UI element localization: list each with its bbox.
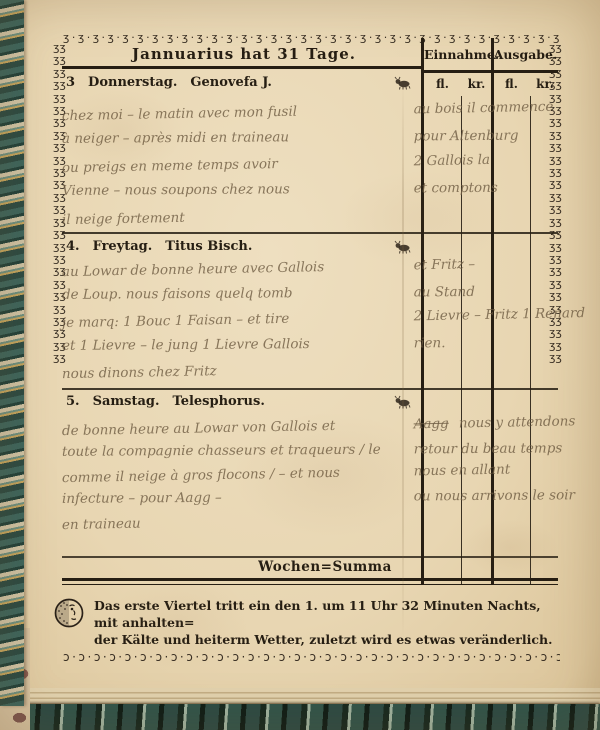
day-number: 4. [66, 239, 80, 254]
header-rule-columns [421, 70, 558, 73]
day-number: 3 [66, 75, 75, 90]
week-sum-label: Wochen=Summa [205, 559, 445, 575]
day-saint: Genovefa J. [190, 75, 272, 90]
ornament-border-bottom: ɔ·ɔ·ɔ·ɔ·ɔ·ɔ·ɔ·ɔ·ɔ·ɔ·ɔ·ɔ·ɔ·ɔ·ɔ·ɔ·ɔ·ɔ·ɔ·ɔ·… [63, 650, 560, 666]
handwritten-entry-day-5: de bonne heure au Lowar von Gallois etAa… [62, 418, 596, 536]
moon-phase-note: Das erste Viertel tritt ein den 1. um 11… [94, 597, 564, 648]
marbled-book-edge-left [0, 0, 24, 706]
income-florin-header: fl. [425, 77, 460, 91]
first-quarter-moon-icon [52, 596, 86, 630]
day-number: 5. [66, 394, 80, 409]
expense-florin-header: fl. [494, 77, 529, 91]
moon-phase-note-line-1: Das erste Viertel tritt ein den 1. um 11… [94, 597, 564, 631]
day-header-4: 4. Freytag. Titus Bisch. [66, 239, 416, 254]
almanac-scanned-page: ʒ·ʒ·ʒ·ʒ·ʒ·ʒ·ʒ·ʒ·ʒ·ʒ·ʒ·ʒ·ʒ·ʒ·ʒ·ʒ·ʒ·ʒ·ʒ·ʒ·… [0, 0, 600, 730]
day-saint: Telesphorus. [173, 394, 265, 409]
day-weekday: Samstag. [93, 394, 160, 409]
month-title: Jannuarius hat 31 Tage. [70, 45, 418, 63]
day-saint: Titus Bisch. [165, 239, 252, 254]
expense-column-header: Ausgabe. [493, 47, 558, 62]
day-header-3: 3 Donnerstag. Genovefa J. [66, 75, 416, 90]
income-kreuzer-header: kr. [463, 77, 490, 91]
summa-bottom-rule-thin [62, 584, 558, 585]
expense-kreuzer-header: kr. [532, 77, 558, 91]
summa-top-rule [62, 556, 558, 558]
header-rule-left [62, 66, 421, 69]
paper-crease [402, 80, 404, 640]
struck-word: Aagg [414, 416, 449, 433]
handwritten-entry-day-3: chez moi – le matin avec mon fusilau boi… [62, 103, 596, 233]
day-weekday: Freytag. [93, 239, 153, 254]
day-weekday: Donnerstag. [88, 75, 177, 90]
handwritten-entry-day-4: au Lowar de bonne heure avec Galloiset F… [62, 259, 596, 387]
day-header-5: 5. Samstag. Telesphorus. [66, 394, 416, 409]
summa-bottom-rule-thick [62, 578, 558, 581]
income-column-header: Einnahme. [424, 47, 490, 62]
moon-phase-note-line-2: der Kälte und heiterm Wetter, zuletzt wi… [94, 631, 564, 648]
marbled-cover-bottom [0, 704, 600, 730]
